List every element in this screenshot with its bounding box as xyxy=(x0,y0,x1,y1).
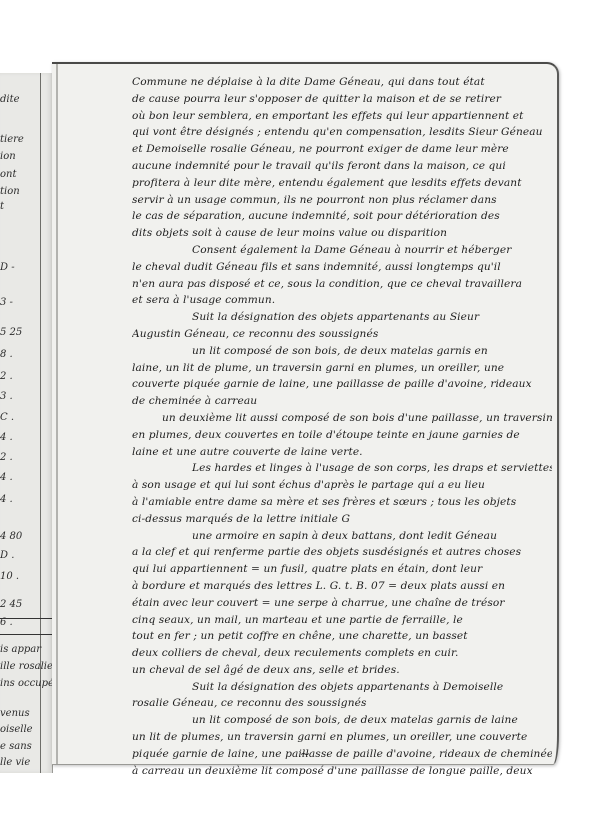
manuscript-line: un lit composé de son bois, de deux mate… xyxy=(132,343,552,360)
manuscript-line: Consent également la Dame Géneau à nourr… xyxy=(132,242,552,259)
margin-text-fragment: D - xyxy=(0,262,15,274)
margin-text-fragment: venus xyxy=(0,708,30,720)
margin-text-fragment: e sans xyxy=(0,741,32,753)
manuscript-line: laine et une autre couverte de laine ver… xyxy=(132,444,552,461)
margin-text-fragment: ont xyxy=(0,169,16,181)
manuscript-line: deux colliers de cheval, deux reculement… xyxy=(132,645,552,662)
manuscript-line: le cas de séparation, aucune indemnité, … xyxy=(132,208,552,225)
manuscript-line: cinq seaux, un mail, un marteau et une p… xyxy=(132,612,552,629)
manuscript-line: de cheminée à carreau xyxy=(132,393,552,410)
manuscript-line: à l'amiable entre dame sa mère et ses fr… xyxy=(132,494,552,511)
manuscript-line: qui vont être désignés ; entendu qu'en c… xyxy=(132,124,552,141)
paraph-flourish: ~ xyxy=(300,747,310,761)
margin-text-fragment: 4 . xyxy=(0,432,13,444)
manuscript-line: a la clef et qui renferme partie des obj… xyxy=(132,544,552,561)
margin-text-fragment: 2 45 xyxy=(0,599,22,611)
manuscript-line: une armoire en sapin à deux battans, don… xyxy=(132,528,552,545)
margin-text-fragment: 5 25 xyxy=(0,327,22,339)
margin-text-fragment: 8 . xyxy=(0,349,13,361)
margin-text-fragment: dite xyxy=(0,94,20,106)
manuscript-line: qui lui appartiennent = un fusil, quatre… xyxy=(132,561,552,578)
manuscript-line: dits objets soit à cause de leur moins v… xyxy=(132,225,552,242)
margin-text-fragment: t xyxy=(0,201,4,213)
margin-text-fragment: D . xyxy=(0,550,14,562)
manuscript-line: n'en aura pas disposé et ce, sous la con… xyxy=(132,276,552,293)
manuscript-line: en plumes, deux couvertes en toile d'éto… xyxy=(132,427,552,444)
manuscript-line: un deuxième lit aussi composé de son boi… xyxy=(132,410,552,427)
manuscript-line: un lit de plumes, un traversin garni en … xyxy=(132,729,552,746)
margin-text-fragment: tiere xyxy=(0,134,24,146)
margin-total-rule xyxy=(0,634,52,635)
page-binding-line xyxy=(56,64,58,764)
margin-text-fragment: 4 80 xyxy=(0,531,22,543)
margin-text-fragment: tion xyxy=(0,186,20,198)
manuscript-line: aucune indemnité pour le travail qu'ils … xyxy=(132,158,552,175)
manuscript-line: à carreau un deuxième lit composé d'une … xyxy=(132,763,552,780)
manuscript-line: ci-dessus marqués de la lettre initiale … xyxy=(132,511,552,528)
manuscript-line: et Demoiselle rosalie Géneau, ne pourron… xyxy=(132,141,552,158)
margin-text-fragment: ins occupé xyxy=(0,678,54,690)
margin-text-fragment: 4 . xyxy=(0,472,13,484)
manuscript-line: étain avec leur couvert = une serpe à ch… xyxy=(132,595,552,612)
manuscript-page: Commune ne déplaise à la dite Dame Génea… xyxy=(52,62,559,765)
margin-text-fragment: 3 - xyxy=(0,297,13,309)
manuscript-line: un cheval de sel âgé de deux ans, selle … xyxy=(132,662,552,679)
manuscript-line: où bon leur semblera, en emportant les e… xyxy=(132,108,552,125)
manuscript-line: à son usage et qui lui sont échus d'aprè… xyxy=(132,477,552,494)
margin-text-fragment: ille rosalie xyxy=(0,661,53,673)
manuscript-line: couverte piquée garnie de laine, une pai… xyxy=(132,376,552,393)
manuscript-line: Les hardes et linges à l'usage de son co… xyxy=(132,460,552,477)
manuscript-text-body: Commune ne déplaise à la dite Dame Génea… xyxy=(132,74,552,779)
margin-text-fragment: lle vie xyxy=(0,757,30,769)
manuscript-line: de cause pourra leur s'opposer de quitte… xyxy=(132,91,552,108)
margin-text-fragment: oiselle xyxy=(0,724,33,736)
manuscript-line: Commune ne déplaise à la dite Dame Génea… xyxy=(132,74,552,91)
manuscript-line: rosalie Géneau, ce reconnu des soussigné… xyxy=(132,695,552,712)
margin-text-fragment: 10 . xyxy=(0,571,19,583)
manuscript-line: profitera à leur dite mère, entendu égal… xyxy=(132,175,552,192)
margin-text-fragment: 2 . xyxy=(0,371,13,383)
manuscript-line: Suit la désignation des objets appartena… xyxy=(132,309,552,326)
margin-text-fragment: C . xyxy=(0,412,14,424)
margin-total-rule xyxy=(0,618,52,619)
manuscript-line: tout en fer ; un petit coffre en chêne, … xyxy=(132,628,552,645)
margin-text-fragment: is appar xyxy=(0,644,41,656)
manuscript-line: laine, un lit de plume, un traversin gar… xyxy=(132,360,552,377)
margin-text-fragment: 2 . xyxy=(0,452,13,464)
manuscript-line: le cheval dudit Géneau fils et sans inde… xyxy=(132,259,552,276)
manuscript-line: et sera à l'usage commun. xyxy=(132,292,552,309)
margin-text-fragment: 3 . xyxy=(0,391,13,403)
manuscript-line: Augustin Géneau, ce reconnu des soussign… xyxy=(132,326,552,343)
manuscript-line: un lit composé de son bois, de deux mate… xyxy=(132,712,552,729)
manuscript-line: servir à un usage commun, ils ne pourron… xyxy=(132,192,552,209)
manuscript-line: Suit la désignation des objets appartena… xyxy=(132,679,552,696)
manuscript-line: piquée garnie de laine, une paillasse de… xyxy=(132,746,552,763)
margin-text-fragment: 4 . xyxy=(0,494,13,506)
manuscript-line: à bordure et marqués des lettres L. G. t… xyxy=(132,578,552,595)
margin-text-fragment: ion xyxy=(0,151,16,163)
